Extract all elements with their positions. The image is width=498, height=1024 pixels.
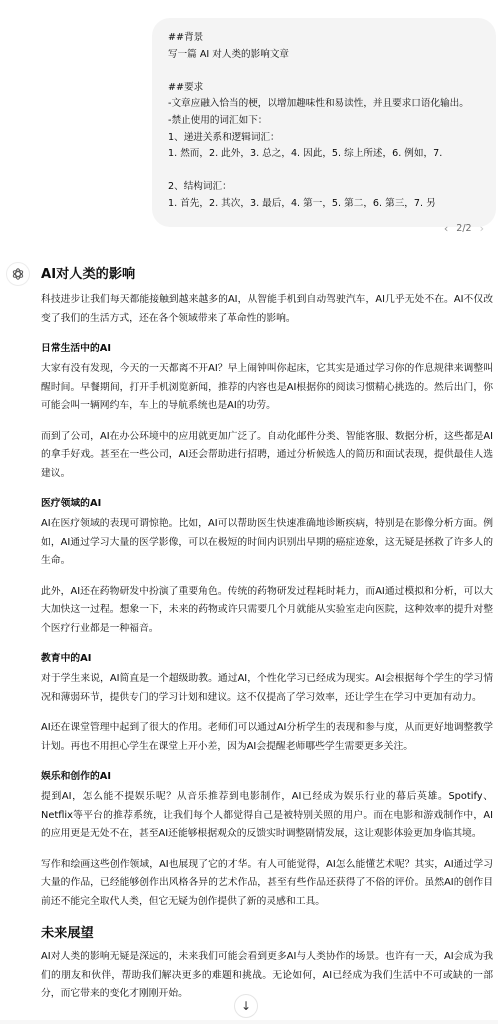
pager-label: 2/2: [456, 223, 471, 234]
section-heading: 娱乐和创作的AI: [41, 768, 493, 786]
section-paragraph: 提到AI，怎么能不提娱乐呢？从音乐推荐到电影制作，AI已经成为娱乐行业的幕后英雄…: [41, 788, 493, 844]
section-paragraph: 大家有没有发现，今天的一天都离不开AI？早上闹钟叫你起床，它其实是通过学习你的作…: [41, 360, 493, 416]
section-heading: 教育中的AI: [41, 650, 493, 668]
user-message-bubble: ##背景 写一篇 AI 对人类的影响文章 ##要求 -文章应融入恰当的梗，以增加…: [152, 18, 496, 227]
future-paragraph: AI对人类的影响无疑是深远的，未来我们可能会看到更多AI与人类协作的场景。也许有…: [41, 948, 493, 1004]
assistant-avatar: [6, 262, 30, 286]
section-paragraph: 此外，AI还在药物研发中扮演了重要角色。传统的药物研发过程耗时耗力，而AI通过模…: [41, 583, 493, 639]
prompt-line: 1. 首先，2. 其次，3. 最后，4. 第一，5. 第二，6. 第三，7. 另: [168, 196, 496, 213]
prompt-line: 写一篇 AI 对人类的影响文章: [168, 47, 496, 64]
prompt-blank-line: [168, 163, 496, 180]
prompt-line: 1. 然而，2. 此外，3. 总之，4. 因此，5. 综上所述，6. 例如，7.: [168, 146, 496, 163]
article-title: AI对人类的影响: [41, 263, 493, 287]
section-paragraph: 而到了公司，AI在办公环境中的应用就更加广泛了。自动化邮件分类、智能客服、数据分…: [41, 428, 493, 484]
chevron-right-icon[interactable]: ›: [480, 222, 484, 235]
prompt-line: -禁止使用的词汇如下：: [168, 113, 496, 130]
section-heading: 医疗领域的AI: [41, 495, 493, 513]
prompt-line: ##要求: [168, 80, 496, 97]
section-paragraph: 写作和绘画这些创作领域，AI也展现了它的才华。有人可能觉得，AI怎么能懂艺术呢？…: [41, 856, 493, 912]
prompt-line: 2、结构词汇：: [168, 179, 496, 196]
section-heading: 日常生活中的AI: [41, 340, 493, 358]
prompt-blank-line: [168, 63, 496, 80]
arrow-down-icon: ↓: [241, 999, 251, 1013]
composer-edge: [0, 1020, 498, 1024]
section-paragraph: 对于学生来说，AI简直是一个超级助教。通过AI，个性化学习已经成为现实。AI会根…: [41, 670, 493, 707]
assistant-content: AI对人类的影响 科技进步让我们每天都能接触到越来越多的AI，从智能手机到自动驾…: [41, 262, 493, 1016]
openai-logo-icon: [11, 267, 25, 281]
scroll-to-bottom-button[interactable]: ↓: [234, 994, 258, 1018]
article-intro: 科技进步让我们每天都能接触到越来越多的AI，从智能手机到自动驾驶汽车，AI几乎无…: [41, 291, 493, 328]
response-pager: ‹ 2/2 ›: [444, 222, 484, 235]
user-message: ##背景 写一篇 AI 对人类的影响文章 ##要求 -文章应融入恰当的梗，以增加…: [152, 18, 496, 227]
section-paragraph: AI还在课堂管理中起到了很大的作用。老师们可以通过AI分析学生的表现和参与度，从…: [41, 719, 493, 756]
prompt-line: ##背景: [168, 30, 496, 47]
prompt-line: 1、递进关系和逻辑词汇：: [168, 130, 496, 147]
chevron-left-icon[interactable]: ‹: [444, 222, 448, 235]
future-heading: 未来展望: [41, 923, 493, 945]
section-paragraph: AI在医疗领域的表现可谓惊艳。比如，AI可以帮助医生快速准确地诊断疾病，特别是在…: [41, 515, 493, 571]
prompt-line: -文章应融入恰当的梗，以增加趣味性和易读性，并且要求口语化输出。: [168, 96, 496, 113]
